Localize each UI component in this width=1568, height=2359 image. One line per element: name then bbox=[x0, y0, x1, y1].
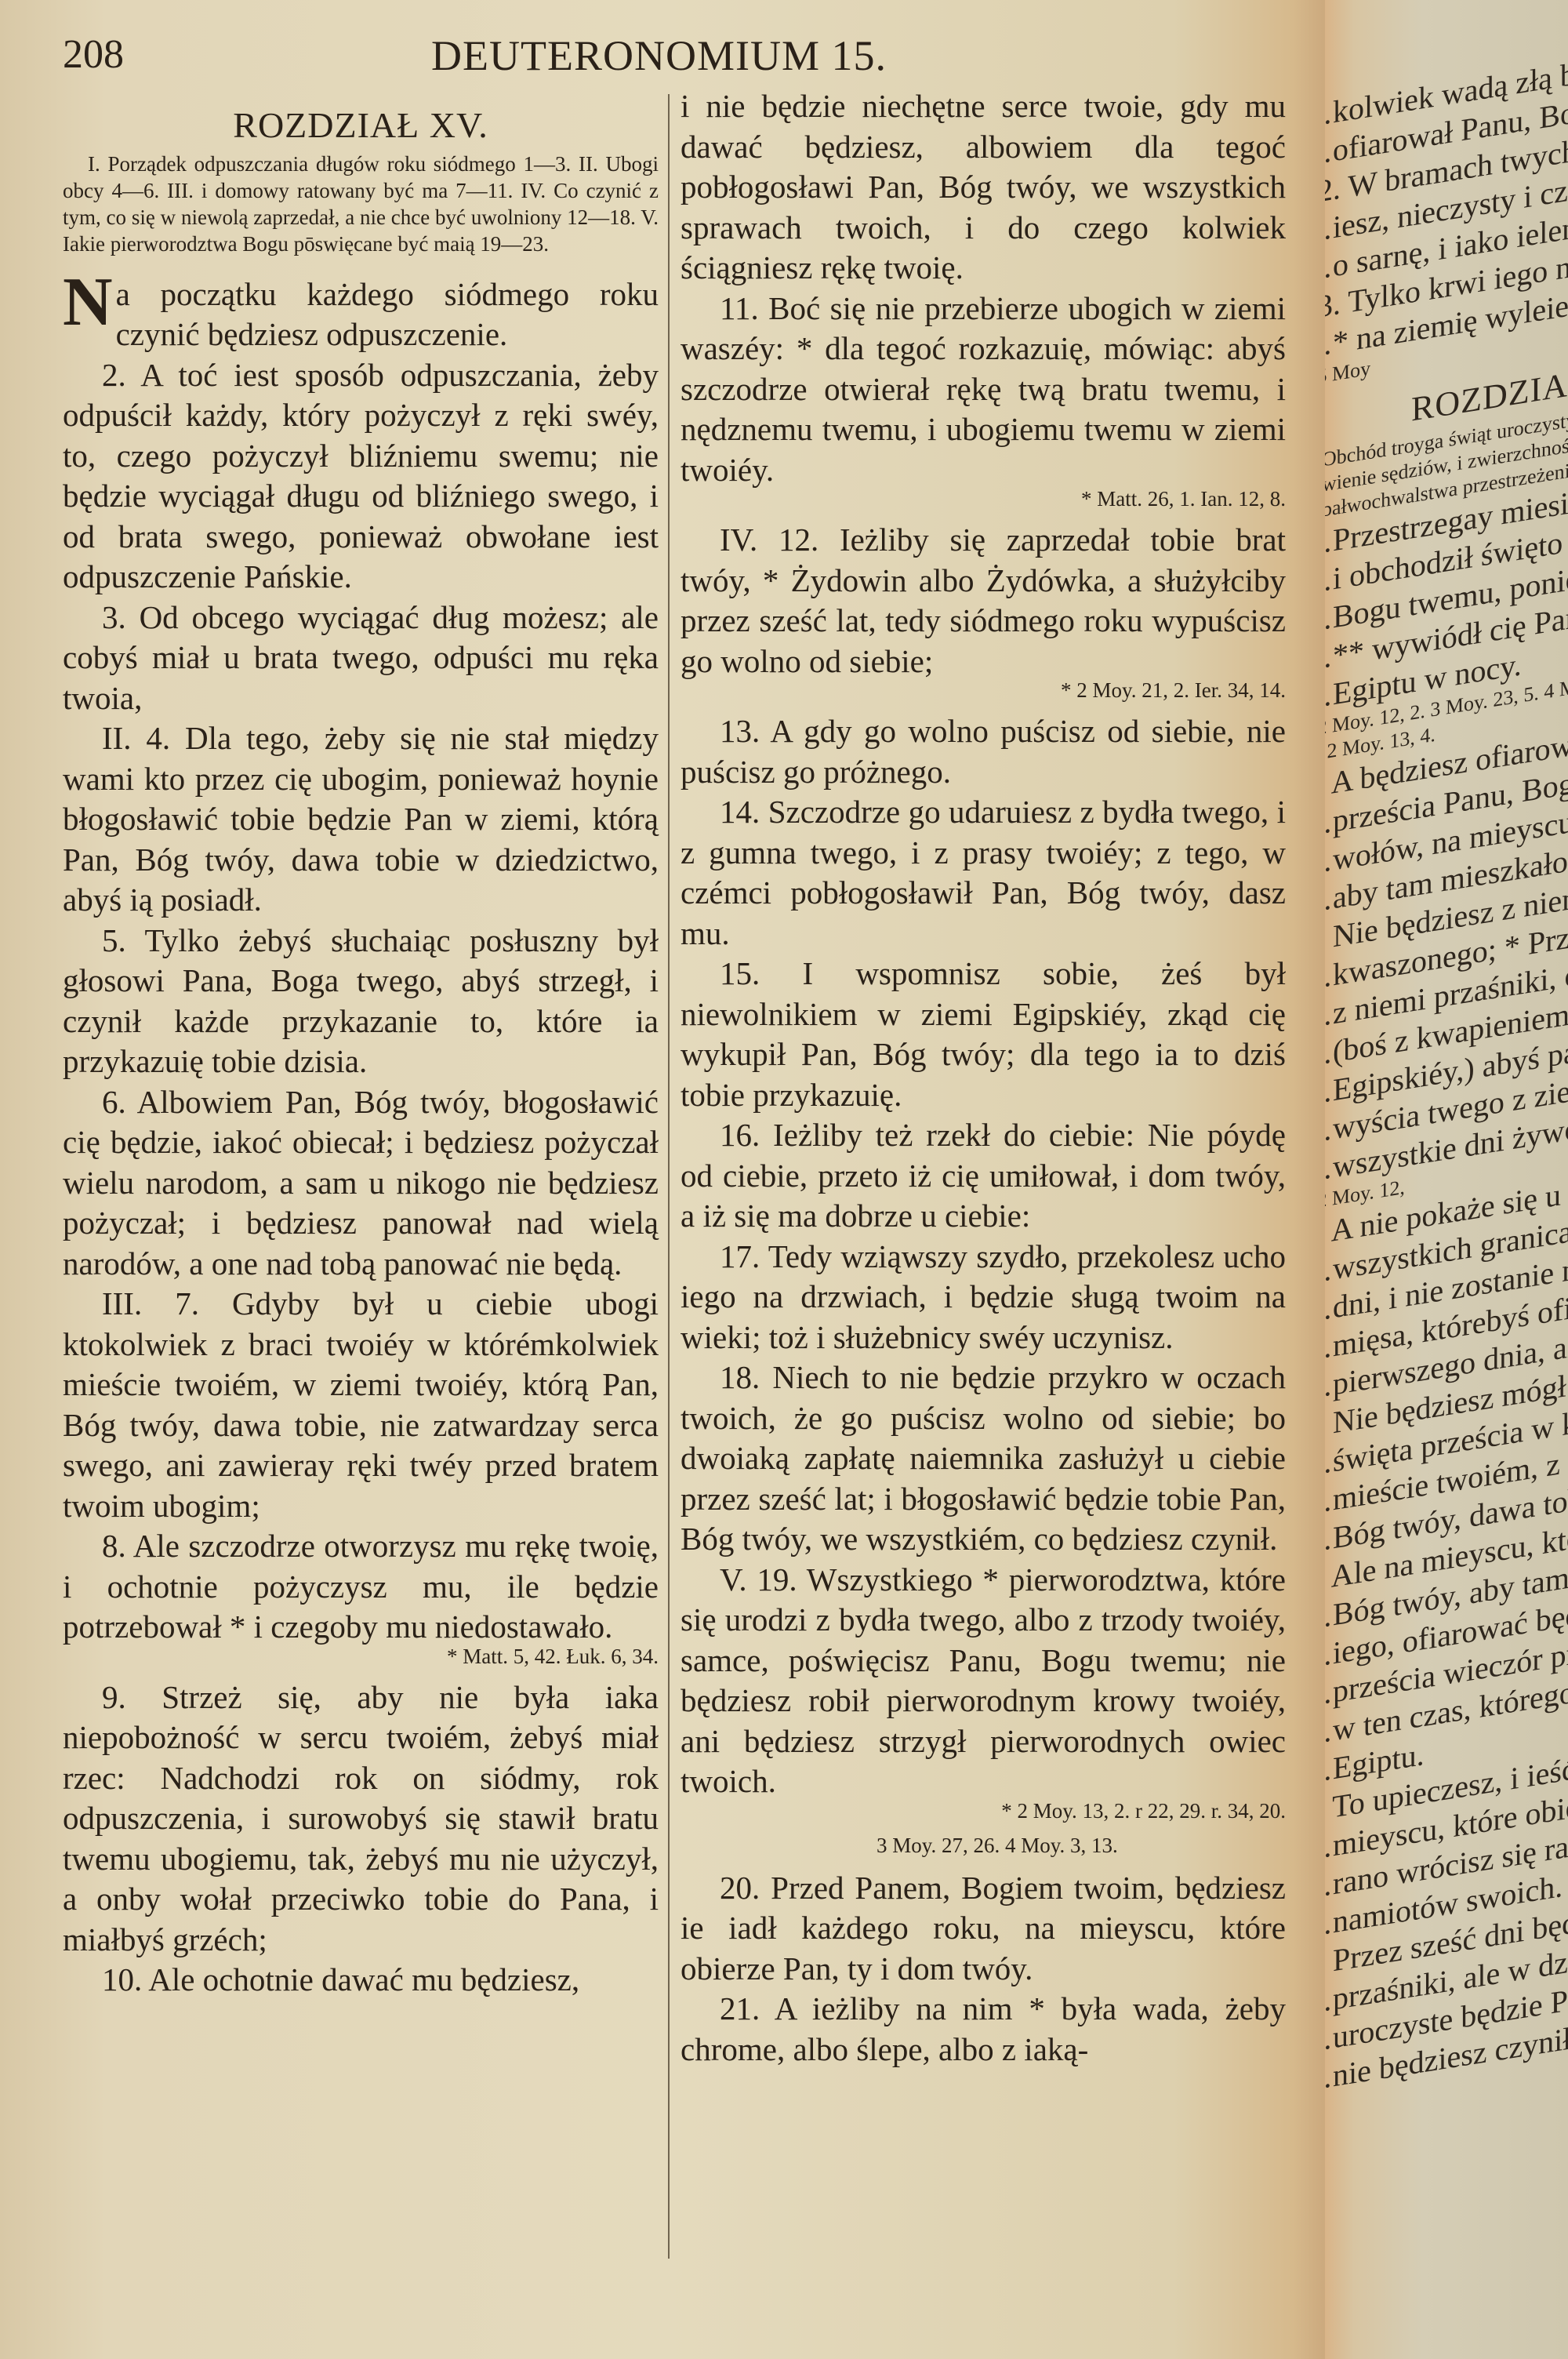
verse-6: 6. Albowiem Pan, Bóg twóy, błogosławić c… bbox=[63, 1082, 659, 1285]
verse-21: 21. A ieżliby na nim * była wada, żeby c… bbox=[681, 1989, 1286, 2070]
verse-15: 15. I wspomnisz sobie, żeś był niewolnik… bbox=[681, 954, 1286, 1115]
verse-13: 13. A gdy go wolno puścisz od siebie, ni… bbox=[681, 711, 1286, 792]
running-head: DEUTERONOMIUM 15. bbox=[431, 31, 887, 80]
verse-4: II. 4. Dla tego, żeby się nie stał międz… bbox=[63, 718, 659, 921]
column-divider bbox=[668, 94, 670, 2259]
verse-11: 11. Boć się nie przebierze ubogich w zie… bbox=[681, 289, 1286, 491]
verse-5: 5. Tylko żebyś słuchaiąc posłuszny był g… bbox=[63, 921, 659, 1082]
verse-17: 17. Tedy wziąwszy szydło, przekolesz uch… bbox=[681, 1237, 1286, 1358]
verse-3: 3. Od obcego wyciągać dług możesz; ale c… bbox=[63, 598, 659, 719]
page-header: 208 DEUTERONOMIUM 15. bbox=[63, 31, 1286, 86]
cross-reference-v19-line2: 3 Moy. 27, 26. 4 Moy. 3, 13. bbox=[681, 1832, 1286, 1859]
verse-10: 10. Ale ochotnie dawać mu będziesz, bbox=[63, 1960, 659, 2001]
verse-7: III. 7. Gdyby był u ciebie ubogi ktokolw… bbox=[63, 1284, 659, 1526]
verse-20: 20. Przed Panem, Bogiem twoim, będziesz … bbox=[681, 1868, 1286, 1990]
verse-8: 8. Ale szczodrze otworzysz mu rękę twoię… bbox=[63, 1526, 659, 1648]
verse-1: Na początku każdego siódmego roku czynić… bbox=[63, 274, 659, 355]
left-column: ROZDZIAŁ XV. I. Porządek odpuszczania dł… bbox=[63, 86, 659, 2001]
verse-1-text: a początku każdego siódmego roku czynić … bbox=[116, 276, 659, 353]
chapter-summary: I. Porządek odpuszczania długów roku sió… bbox=[63, 151, 659, 257]
facing-page-text: …kolwiek wadą złą było, n …ofiarował Pan… bbox=[1325, 24, 1568, 2100]
right-column: i nie będzie niechętne serce twoie, gdy … bbox=[681, 86, 1286, 2070]
page-number: 208 bbox=[63, 31, 124, 78]
drop-cap: N bbox=[63, 279, 113, 326]
chapter-title: ROZDZIAŁ XV. bbox=[63, 105, 659, 146]
verse-12: IV. 12. Ieżliby się zaprzedał tobie brat… bbox=[681, 520, 1286, 682]
verse-2: 2. A toć iest sposób odpuszczania, żeby … bbox=[63, 355, 659, 598]
verse-9: 9. Strzeż się, aby nie była iaka niepobo… bbox=[63, 1677, 659, 1961]
verse-10-cont: i nie będzie niechętne serce twoie, gdy … bbox=[681, 86, 1286, 289]
verse-14: 14. Szczodrze go udaruiesz z bydła twego… bbox=[681, 792, 1286, 954]
verse-16: 16. Ieżliby też rzekł do ciebie: Nie póy… bbox=[681, 1115, 1286, 1237]
verse-19: V. 19. Wszystkiego * pierworodztwa, któr… bbox=[681, 1560, 1286, 1802]
verse-18: 18. Niech to nie będzie przykro w oczach… bbox=[681, 1358, 1286, 1560]
book-page-right-partial: …kolwiek wadą złą było, n …ofiarował Pan… bbox=[1325, 0, 1568, 2359]
book-page-left: 208 DEUTERONOMIUM 15. ROZDZIAŁ XV. I. Po… bbox=[0, 0, 1333, 2359]
